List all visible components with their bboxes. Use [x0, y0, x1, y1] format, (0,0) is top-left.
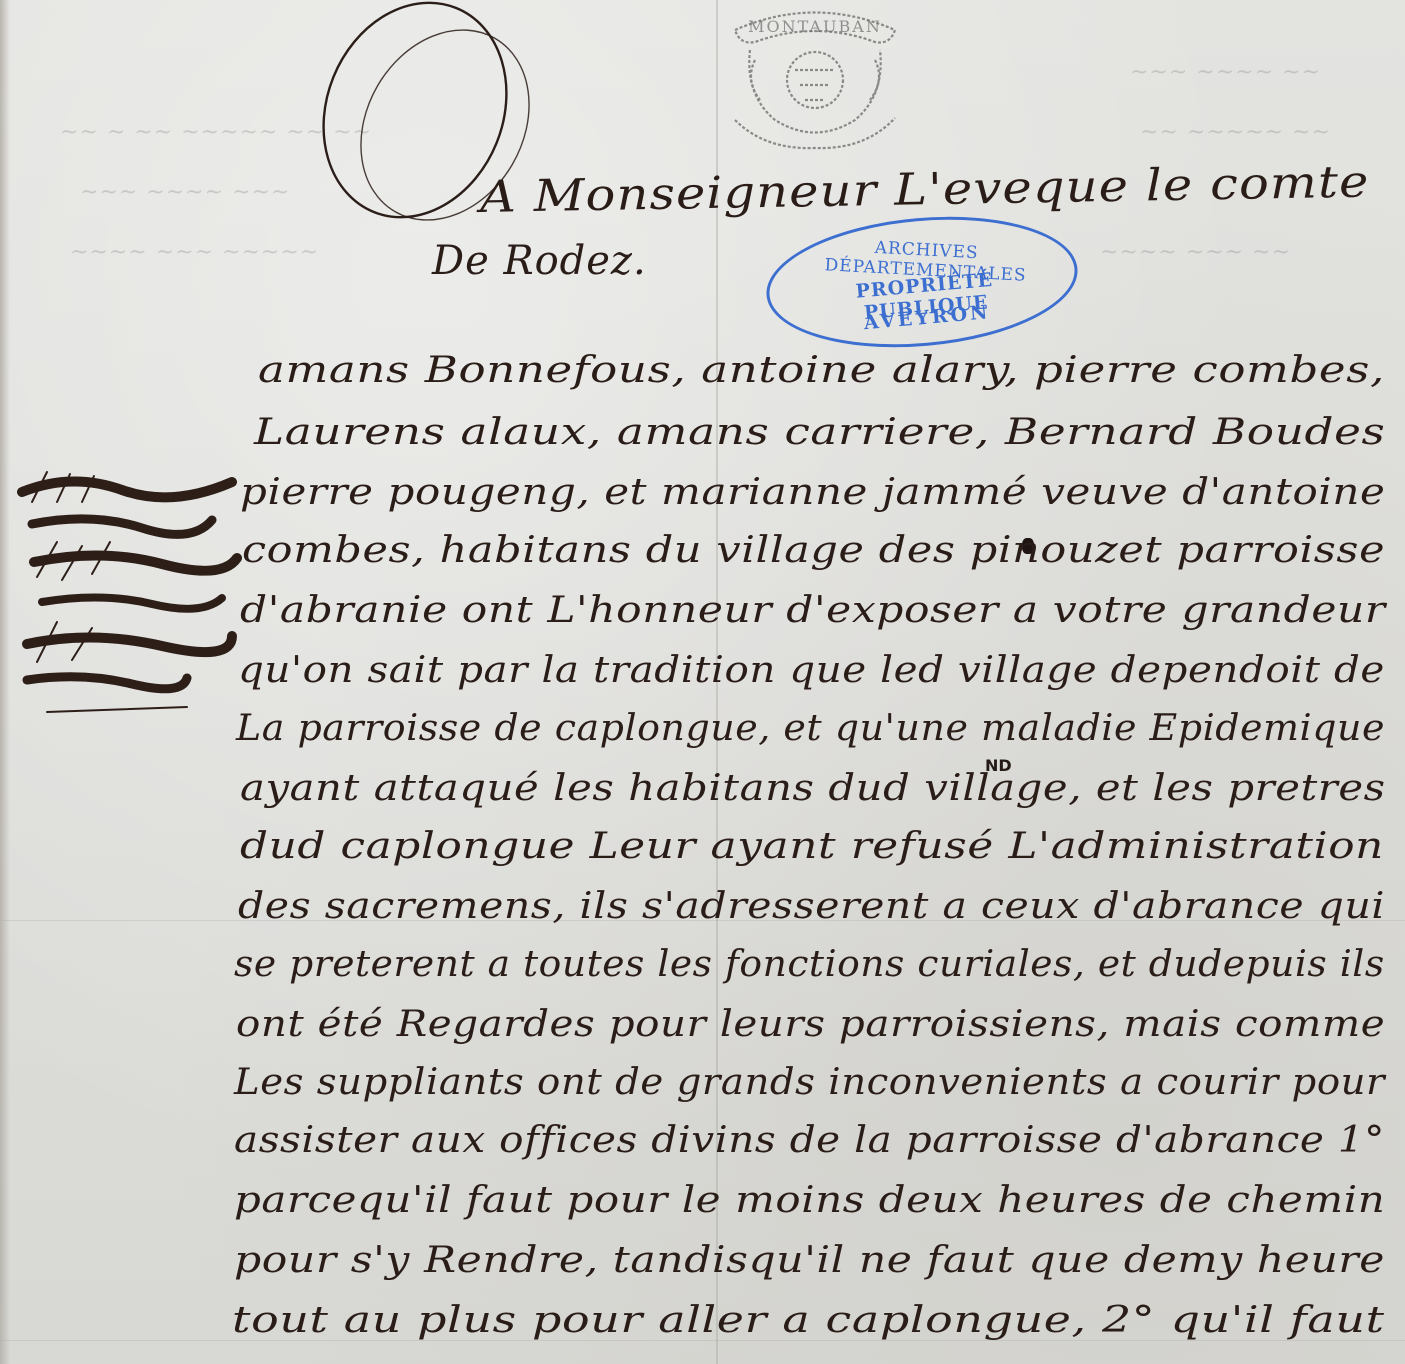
body-line: pour s'y Rendre, tandisqu'il ne faut que…	[234, 1240, 1385, 1281]
body-line: parcequ'il faut pour le moins deux heure…	[234, 1180, 1385, 1221]
paper-edge	[0, 0, 10, 1364]
svg-text:MONTAUBAN: MONTAUBAN	[748, 17, 882, 36]
salutation-line-1: A Monseigneur L'eveque le comte	[480, 156, 1370, 223]
bleed-through-text: ~~~ ~~~~ ~~	[1130, 60, 1321, 85]
struck-through-margin-note	[12, 462, 242, 722]
body-line: pierre pougeng, et marianne jammé veuve …	[240, 472, 1385, 513]
body-line: La parroisse de caplongue, et qu'une mal…	[236, 708, 1385, 749]
body-line: Les suppliants ont de grands inconvenien…	[234, 1062, 1385, 1103]
body-line: combes, habitans du village des pinouzet…	[242, 530, 1385, 571]
body-line: assister aux offices divins de la parroi…	[234, 1120, 1385, 1161]
bleed-through-text: ~~ ~~~~~ ~~	[1140, 120, 1331, 145]
archive-stamp: ARCHIVES DÉPARTEMENTALES PROPRIÉTÉ PUBLI…	[761, 205, 1083, 360]
bleed-through-text: ~~~~ ~~~ ~~	[1100, 240, 1291, 265]
manuscript-page: ~~ ~ ~~ ~~~~~ ~~ ~~ ~~~ ~~~~ ~~~ ~~~~ ~~…	[0, 0, 1405, 1364]
body-line: Laurens alaux, amans carriere, Bernard B…	[254, 412, 1385, 453]
bleed-through-text: ~~~ ~~~~ ~~~	[80, 180, 290, 205]
body-line: ont été Regardes pour leurs parroissiens…	[236, 1004, 1385, 1045]
body-line: d'abranie ont L'honneur d'exposer a votr…	[240, 590, 1386, 631]
body-line: se preterent a toutes les fonctions curi…	[234, 944, 1385, 985]
bleed-through-text: ~~~~ ~~~ ~~~~~	[70, 240, 319, 265]
embossed-seal-icon: MONTAUBAN	[715, 0, 915, 150]
body-line: amans Bonnefous, antoine alary, pierre c…	[258, 350, 1385, 391]
salutation-line-2: De Rodez.	[432, 238, 647, 284]
body-line: ayant attaqué les habitans dud village, …	[240, 768, 1386, 809]
body-line: qu'on sait par la tradition que led vill…	[238, 650, 1385, 691]
body-line: des sacremens, ils s'adresserent a ceux …	[238, 886, 1385, 927]
body-line: dud caplongue Leur ayant refusé L'admini…	[240, 826, 1384, 867]
body-line: tout au plus pour aller a caplongue, 2° …	[232, 1300, 1385, 1341]
